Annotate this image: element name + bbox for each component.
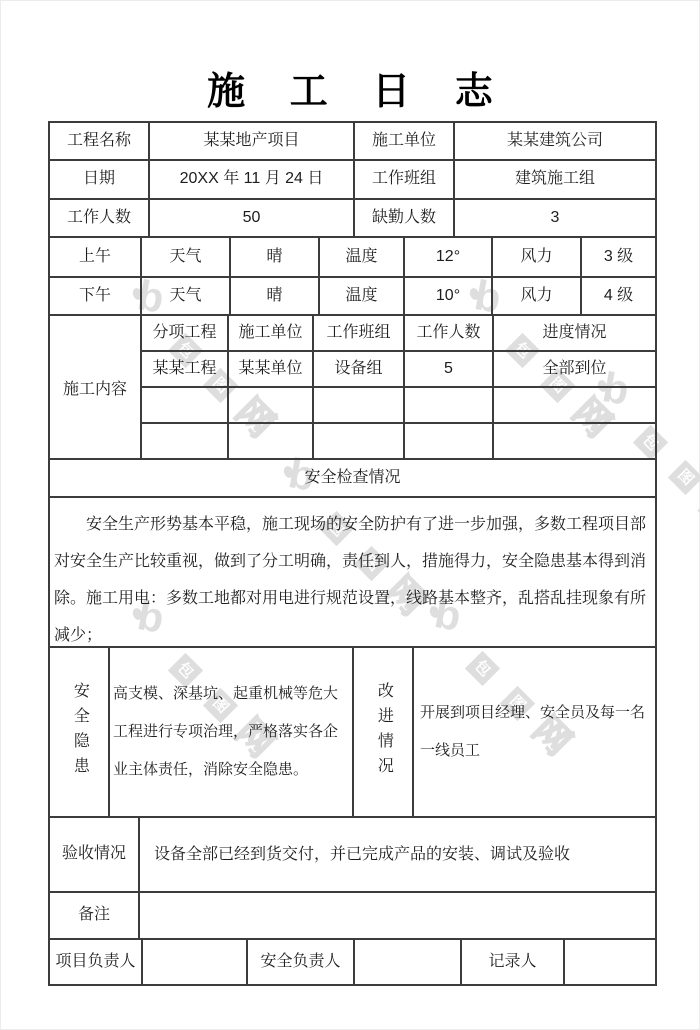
wind-value: 4 级 (582, 278, 655, 314)
construction-unit-label: 施工单位 (355, 123, 455, 159)
cell-subproject (142, 424, 229, 458)
temperature-label: 温度 (320, 278, 405, 314)
hazard-content: 高支模、深基坑、起重机械等危大工程进行专项治理，严格落实各企业主体责任，消除安全… (110, 675, 352, 789)
temperature-value: 12° (405, 238, 493, 276)
wind-label: 风力 (493, 238, 582, 276)
safety-check-header-row: 安全检查情况 (50, 460, 655, 498)
weather-label: 天气 (142, 278, 231, 314)
absent-count-value: 3 (455, 200, 655, 236)
acceptance-content: 设备全部已经到货交付，并已完成产品的安装、调试及验收 (140, 818, 655, 891)
date-value: 20XX 年 11 月 24 日 (150, 161, 355, 198)
cell-team (314, 424, 405, 458)
worker-count-value: 50 (150, 200, 355, 236)
safety-manager-value (355, 940, 462, 984)
worker-count-label: 工作人数 (50, 200, 150, 236)
construction-content-section: 施工内容 分项工程 施工单位 工作班组 工作人数 进度情况 某某工程 某某单位 … (50, 316, 655, 460)
project-name-label: 工程名称 (50, 123, 150, 159)
col-header-team: 工作班组 (314, 316, 405, 350)
cell-workers: 5 (405, 352, 494, 386)
period-label: 上午 (50, 238, 142, 276)
subtable-header-row: 分项工程 施工单位 工作班组 工作人数 进度情况 (142, 316, 655, 352)
construction-log-table: 工程名称 某某地产项目 施工单位 某某建筑公司 日期 20XX 年 11 月 2… (48, 121, 657, 986)
subtable-data-row: 某某工程 某某单位 设备组 5 全部到位 (142, 352, 655, 388)
acceptance-label: 验收情况 (50, 818, 140, 891)
wind-label: 风力 (493, 278, 582, 314)
weather-row-morning: 上午 天气 晴 温度 12° 风力 3 级 (50, 238, 655, 278)
cell-unit (229, 388, 314, 422)
watermark-diamond-tu: 图 (668, 460, 700, 495)
subtable-empty-row (142, 424, 655, 458)
col-header-workers: 工作人数 (405, 316, 494, 350)
cell-subproject: 某某工程 (142, 352, 229, 386)
improvement-label: 改进情况 (354, 648, 414, 816)
col-header-subproject: 分项工程 (142, 316, 229, 350)
subtable-empty-row (142, 388, 655, 424)
recorder-value (565, 940, 655, 984)
remarks-label: 备注 (50, 893, 140, 938)
absent-count-label: 缺勤人数 (355, 200, 455, 236)
improvement-content: 开展到项目经理、安全员及每一名一线员工 (414, 694, 655, 770)
cell-unit: 某某单位 (229, 352, 314, 386)
cell-workers (405, 388, 494, 422)
signatures-row: 项目负责人 安全负责人 记录人 (50, 940, 655, 984)
safety-check-content: 安全生产形势基本平稳，施工现场的安全防护有了进一步加强，多数工程项目部对安全生产… (50, 498, 655, 654)
weather-label: 天气 (142, 238, 231, 276)
cell-progress: 全部到位 (494, 352, 655, 386)
recorder-label: 记录人 (462, 940, 565, 984)
acceptance-row: 验收情况 设备全部已经到货交付，并已完成产品的安装、调试及验收 (50, 818, 655, 893)
cell-subproject (142, 388, 229, 422)
table-row: 工作人数 50 缺勤人数 3 (50, 200, 655, 238)
project-manager-label: 项目负责人 (50, 940, 143, 984)
work-team-label: 工作班组 (355, 161, 455, 198)
weather-value: 晴 (231, 278, 320, 314)
temperature-label: 温度 (320, 238, 405, 276)
cell-team (314, 388, 405, 422)
watermark-net-char: 网 (695, 485, 700, 536)
period-label: 下午 (50, 278, 142, 314)
cell-unit (229, 424, 314, 458)
col-header-progress: 进度情况 (494, 316, 655, 350)
weather-value: 晴 (231, 238, 320, 276)
table-row: 日期 20XX 年 11 月 24 日 工作班组 建筑施工组 (50, 161, 655, 200)
remarks-content (140, 893, 655, 938)
cell-progress (494, 388, 655, 422)
date-label: 日期 (50, 161, 150, 198)
temperature-value: 10° (405, 278, 493, 314)
hazard-label: 安全隐患 (50, 648, 110, 816)
safety-check-header: 安全检查情况 (50, 460, 655, 496)
safety-check-content-row: 安全生产形势基本平稳，施工现场的安全防护有了进一步加强，多数工程项目部对安全生产… (50, 498, 655, 648)
construction-content-subtable: 分项工程 施工单位 工作班组 工作人数 进度情况 某某工程 某某单位 设备组 5… (142, 316, 655, 458)
cell-workers (405, 424, 494, 458)
page-title: 施 工 日 志 (0, 60, 700, 115)
weather-row-afternoon: 下午 天气 晴 温度 10° 风力 4 级 (50, 278, 655, 316)
cell-progress (494, 424, 655, 458)
project-name-value: 某某地产项目 (150, 123, 355, 159)
project-manager-value (143, 940, 248, 984)
construction-content-label: 施工内容 (50, 316, 142, 458)
construction-log-page: b包图网b包图网b包图网b包图网b包图网b包图网 施 工 日 志 工程名称 某某… (0, 0, 700, 1030)
table-row: 工程名称 某某地产项目 施工单位 某某建筑公司 (50, 123, 655, 161)
hazard-section-row: 安全隐患 高支模、深基坑、起重机械等危大工程进行专项治理，严格落实各企业主体责任… (50, 648, 655, 818)
remarks-row: 备注 (50, 893, 655, 940)
construction-unit-value: 某某建筑公司 (455, 123, 655, 159)
cell-team: 设备组 (314, 352, 405, 386)
wind-value: 3 级 (582, 238, 655, 276)
safety-manager-label: 安全负责人 (248, 940, 355, 984)
work-team-value: 建筑施工组 (455, 161, 655, 198)
col-header-unit: 施工单位 (229, 316, 314, 350)
